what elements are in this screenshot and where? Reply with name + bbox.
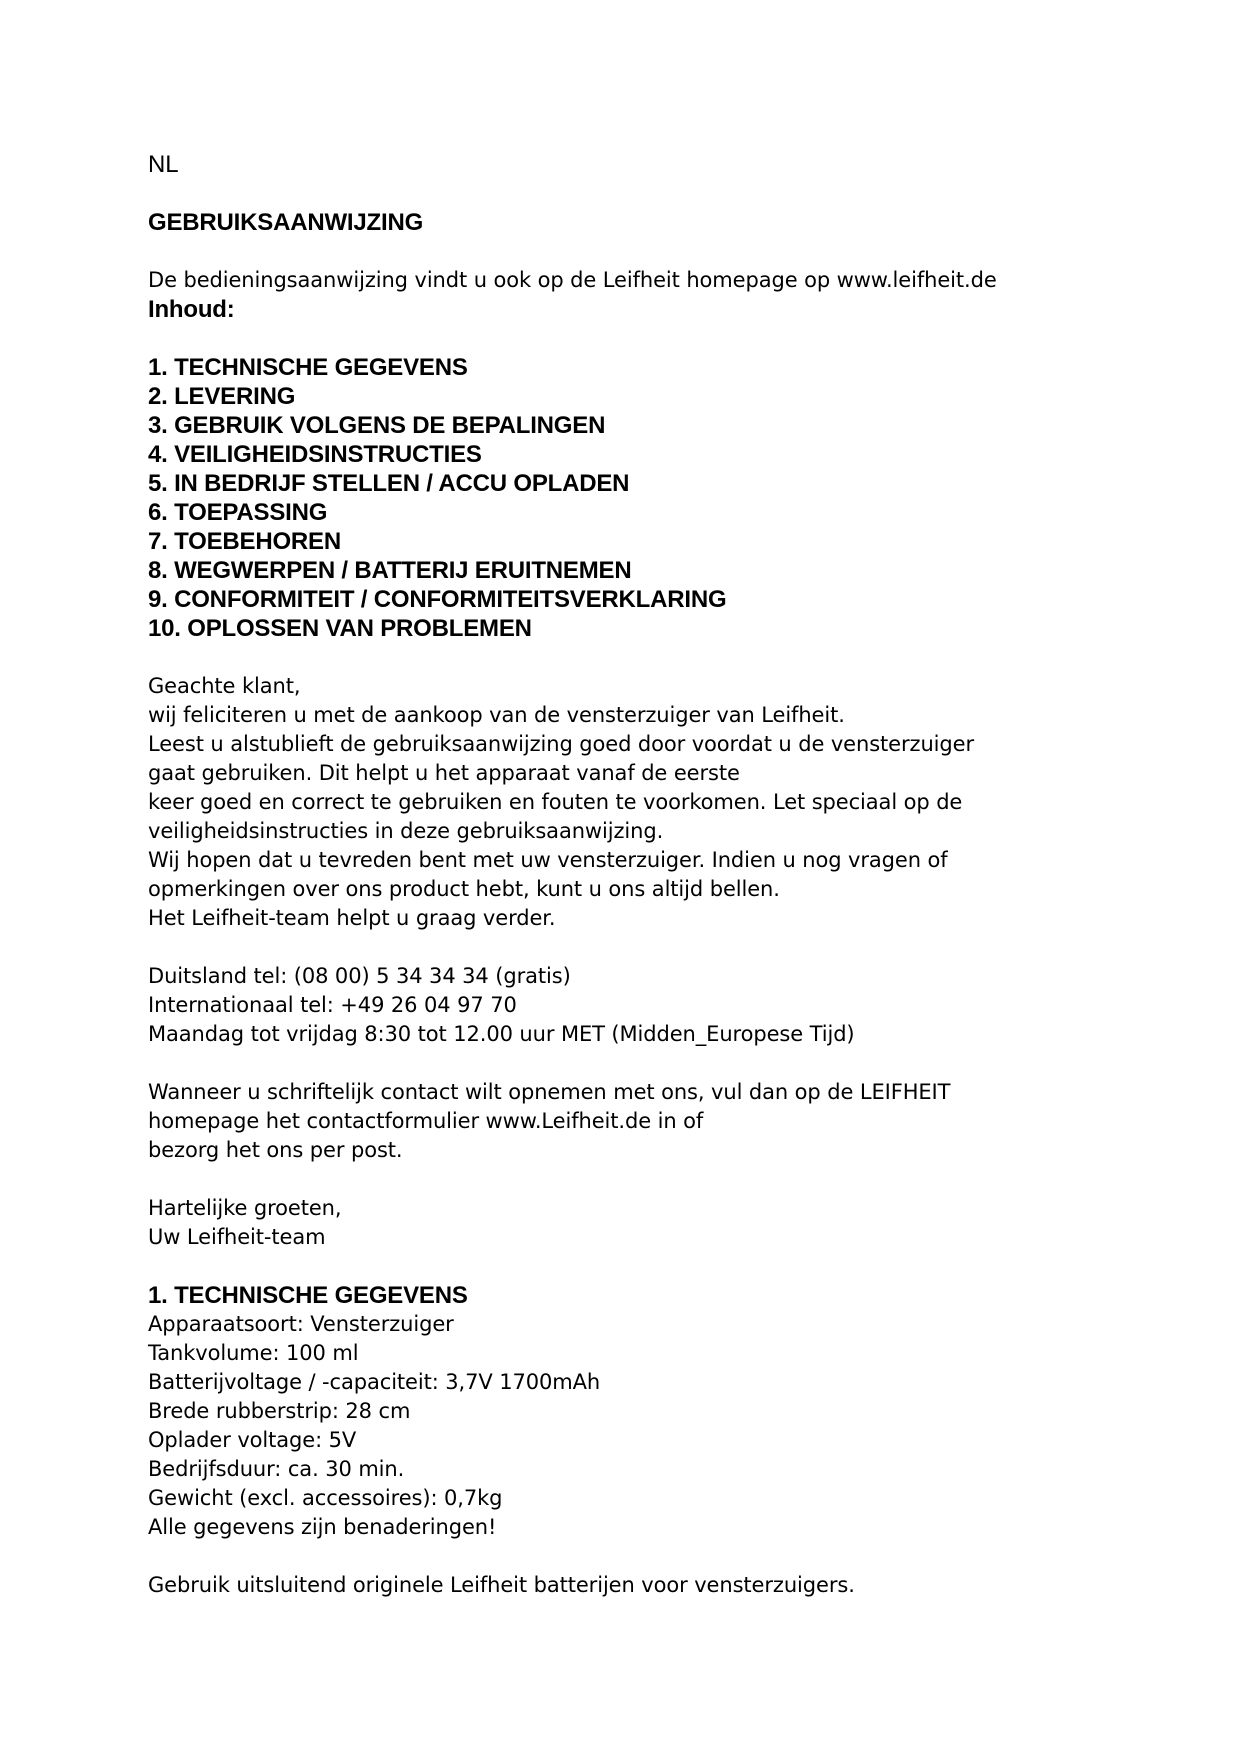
written-contact-line: homepage het contactformulier www.Leifhe…: [148, 1107, 1148, 1136]
spacer: [148, 933, 1148, 962]
letter-line: opmerkingen over ons product hebt, kunt …: [148, 875, 1148, 904]
written-contact-line: Wanneer u schriftelijk contact wilt opne…: [148, 1078, 1148, 1107]
closing: Hartelijke groeten, Uw Leifheit-team: [148, 1194, 1148, 1252]
written-contact: Wanneer u schriftelijk contact wilt opne…: [148, 1078, 1148, 1165]
intro-text: De bedieningsaanwijzing vindt u ook op d…: [148, 266, 1148, 295]
toc-item: 3. GEBRUIK VOLGENS DE BEPALINGEN: [148, 411, 1148, 440]
language-code: NL: [148, 150, 1148, 179]
toc-item: 10. OPLOSSEN VAN PROBLEMEN: [148, 614, 1148, 643]
spec-line: Oplader voltage: 5V: [148, 1426, 1148, 1455]
spec-line: Alle gegevens zijn benaderingen!: [148, 1513, 1148, 1542]
toc-item: 9. CONFORMITEIT / CONFORMITEITSVERKLARIN…: [148, 585, 1148, 614]
closing-signature: Uw Leifheit-team: [148, 1223, 1148, 1252]
document-title: GEBRUIKSAANWIJZING: [148, 208, 1148, 237]
spec-line: Apparaatsoort: Vensterzuiger: [148, 1310, 1148, 1339]
section-heading: 1. TECHNISCHE GEGEVENS: [148, 1281, 1148, 1310]
table-of-contents: 1. TECHNISCHE GEGEVENS 2. LEVERING 3. GE…: [148, 353, 1148, 643]
letter-line: Geachte klant,: [148, 672, 1148, 701]
written-contact-line: bezorg het ons per post.: [148, 1136, 1148, 1165]
letter-line: Het Leifheit-team helpt u graag verder.: [148, 904, 1148, 933]
contact-info: Duitsland tel: (08 00) 5 34 34 34 (grati…: [148, 962, 1148, 1049]
spacer: [148, 324, 1148, 353]
toc-item: 8. WEGWERPEN / BATTERIJ ERUITNEMEN: [148, 556, 1148, 585]
letter-line: wij feliciteren u met de aankoop van de …: [148, 701, 1148, 730]
letter-line: gaat gebruiken. Dit helpt u het apparaat…: [148, 759, 1148, 788]
toc-item: 7. TOEBEHOREN: [148, 527, 1148, 556]
closing-greeting: Hartelijke groeten,: [148, 1194, 1148, 1223]
spec-line: Batterijvoltage / -capaciteit: 3,7V 1700…: [148, 1368, 1148, 1397]
spacer: [148, 1252, 1148, 1281]
toc-item: 5. IN BEDRIJF STELLEN / ACCU OPLADEN: [148, 469, 1148, 498]
battery-note: Gebruik uitsluitend originele Leifheit b…: [148, 1571, 1148, 1600]
spec-line: Tankvolume: 100 ml: [148, 1339, 1148, 1368]
document-page: NL GEBRUIKSAANWIJZING De bedieningsaanwi…: [148, 150, 1148, 1600]
spacer: [148, 643, 1148, 672]
letter-line: Leest u alstublieft de gebruiksaanwijzin…: [148, 730, 1148, 759]
phone-international: Internationaal tel: +49 26 04 97 70: [148, 991, 1148, 1020]
spacer: [148, 237, 1148, 266]
letter-paragraph: Geachte klant, wij feliciteren u met de …: [148, 672, 1148, 933]
spacer: [148, 1542, 1148, 1571]
toc-item: 2. LEVERING: [148, 382, 1148, 411]
letter-line: keer goed en correct te gebruiken en fou…: [148, 788, 1148, 817]
spec-line: Bedrijfsduur: ca. 30 min.: [148, 1455, 1148, 1484]
section-technical-data: 1. TECHNISCHE GEGEVENS Apparaatsoort: Ve…: [148, 1281, 1148, 1600]
spacer: [148, 1165, 1148, 1194]
toc-item: 4. VEILIGHEIDSINSTRUCTIES: [148, 440, 1148, 469]
toc-item: 6. TOEPASSING: [148, 498, 1148, 527]
spec-line: Brede rubberstrip: 28 cm: [148, 1397, 1148, 1426]
spec-line: Gewicht (excl. accessoires): 0,7kg: [148, 1484, 1148, 1513]
letter-line: veiligheidsinstructies in deze gebruiksa…: [148, 817, 1148, 846]
spacer: [148, 179, 1148, 208]
office-hours: Maandag tot vrijdag 8:30 tot 12.00 uur M…: [148, 1020, 1148, 1049]
letter-line: Wij hopen dat u tevreden bent met uw ven…: [148, 846, 1148, 875]
toc-item: 1. TECHNISCHE GEGEVENS: [148, 353, 1148, 382]
spacer: [148, 1049, 1148, 1078]
contents-heading: Inhoud:: [148, 295, 1148, 324]
phone-germany: Duitsland tel: (08 00) 5 34 34 34 (grati…: [148, 962, 1148, 991]
